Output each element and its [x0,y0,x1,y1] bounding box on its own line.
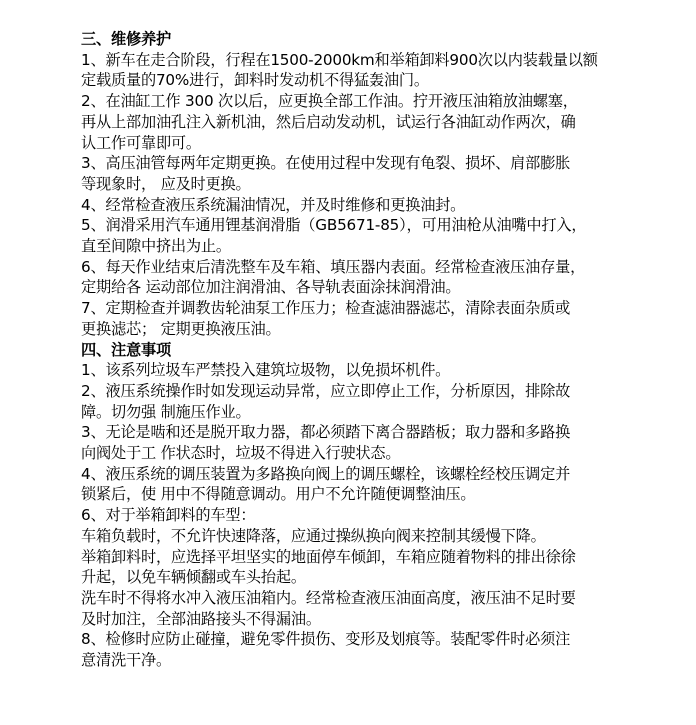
text-line: 3、无论是啮和还是脱开取力器，都必须踏下离合器踏板；取力器和多路换 [81,422,661,443]
paragraph: 洗车时不得将水冲入液压油箱内。经常检查液压油面高度，液压油不足时要 及时加注，全… [81,588,661,629]
section-maintenance: 三、维修养护 1、新车在走合阶段，行程在1500-2000km和举箱卸料900次… [81,29,661,340]
text-line: 6、每天作业结束后清洗整车及车箱、填压器内表面。经常检查液压油存量， [81,257,661,278]
paragraph: 2、液压系统操作时如发现运动异常，应立即停止工作，分析原因，排除故 障。切勿强 … [81,381,661,422]
document-body: 三、维修养护 1、新车在走合阶段，行程在1500-2000km和举箱卸料900次… [81,29,661,671]
text-line: 等现象时， 应及时更换。 [81,174,661,195]
text-line: 意清洗干净。 [81,650,661,671]
section-heading: 三、维修养护 [81,29,661,50]
text-line: 4、液压系统的调压装置为多路换向阀上的调压螺栓，该螺栓经校压调定并 [81,464,661,485]
paragraph: 4、液压系统的调压装置为多路换向阀上的调压螺栓，该螺栓经校压调定并 锁紧后，使 … [81,464,661,505]
text-line: 5、润滑采用汽车通用锂基润滑脂（GB5671-85），可用油枪从油嘴中打入， [81,215,661,236]
paragraph: 8、检修时应防止碰撞，避免零件损伤、变形及划痕等。装配零件时必须注 意清洗干净。 [81,629,661,670]
text-line: 再从上部加油孔注入新机油，然后启动发动机，试运行各油缸动作两次，确 [81,112,661,133]
paragraph: 车箱负载时，不允许快速降落，应通过操纵换向阀来控制其缓慢下降。 [81,526,661,547]
text-line: 障。切勿强 制施压作业。 [81,402,661,423]
text-line: 8、检修时应防止碰撞，避免零件损伤、变形及划痕等。装配零件时必须注 [81,629,661,650]
paragraph: 3、高压油管每两年定期更换。在使用过程中发现有龟裂、损坏、肩部膨胀 等现象时， … [81,153,661,194]
paragraph: 7、定期检查并调教齿轮油泵工作压力；检查滤油器滤芯，清除表面杂质或 更换滤芯； … [81,298,661,339]
text-line: 认工作可靠即可。 [81,133,661,154]
text-line: 向阀处于工 作状态时，垃圾不得进入行驶状态。 [81,443,661,464]
section-precautions: 四、注意事项 1、该系列垃圾车严禁投入建筑垃圾物，以免损坏机件。 2、液压系统操… [81,340,661,671]
paragraph: 举箱卸料时，应选择平坦坚实的地面停车倾卸，车箱应随着物料的排出徐徐 升起，以免车… [81,547,661,588]
text-line: 3、高压油管每两年定期更换。在使用过程中发现有龟裂、损坏、肩部膨胀 [81,153,661,174]
text-line: 定载质量的70%进行，卸料时发动机不得猛轰油门。 [81,70,661,91]
paragraph: 6、每天作业结束后清洗整车及车箱、填压器内表面。经常检查液压油存量， 定期给各 … [81,257,661,298]
text-line: 直至间隙中挤出为止。 [81,236,661,257]
text-line: 1、新车在走合阶段，行程在1500-2000km和举箱卸料900次以内装载量以额 [81,50,661,71]
text-line: 2、在油缸工作 300 次以后，应更换全部工作油。拧开液压油箱放油螺塞， [81,91,661,112]
paragraph: 1、新车在走合阶段，行程在1500-2000km和举箱卸料900次以内装载量以额… [81,50,661,91]
paragraph: 1、该系列垃圾车严禁投入建筑垃圾物，以免损坏机件。 [81,360,661,381]
text-line: 锁紧后，使 用中不得随意调动。用户不允许随便调整油压。 [81,484,661,505]
text-line: 6、对于举箱卸料的车型： [81,505,661,526]
text-line: 升起，以免车辆倾翻或车头抬起。 [81,567,661,588]
paragraph: 2、在油缸工作 300 次以后，应更换全部工作油。拧开液压油箱放油螺塞， 再从上… [81,91,661,153]
text-line: 及时加注，全部油路接头不得漏油。 [81,609,661,630]
text-line: 洗车时不得将水冲入液压油箱内。经常检查液压油面高度，液压油不足时要 [81,588,661,609]
paragraph: 6、对于举箱卸料的车型： [81,505,661,526]
text-line: 举箱卸料时，应选择平坦坚实的地面停车倾卸，车箱应随着物料的排出徐徐 [81,547,661,568]
paragraph: 3、无论是啮和还是脱开取力器，都必须踏下离合器踏板；取力器和多路换 向阀处于工 … [81,422,661,463]
text-line: 4、经常检查液压系统漏油情况，并及时维修和更换油封。 [81,195,661,216]
paragraph: 4、经常检查液压系统漏油情况，并及时维修和更换油封。 [81,195,661,216]
text-line: 更换滤芯； 定期更换液压油。 [81,319,661,340]
text-line: 7、定期检查并调教齿轮油泵工作压力；检查滤油器滤芯，清除表面杂质或 [81,298,661,319]
text-line: 定期给各 运动部位加注润滑油、各导轨表面涂抹润滑油。 [81,277,661,298]
text-line: 2、液压系统操作时如发现运动异常，应立即停止工作，分析原因，排除故 [81,381,661,402]
section-heading: 四、注意事项 [81,340,661,361]
text-line: 车箱负载时，不允许快速降落，应通过操纵换向阀来控制其缓慢下降。 [81,526,661,547]
text-line: 1、该系列垃圾车严禁投入建筑垃圾物，以免损坏机件。 [81,360,661,381]
paragraph: 5、润滑采用汽车通用锂基润滑脂（GB5671-85），可用油枪从油嘴中打入， 直… [81,215,661,256]
